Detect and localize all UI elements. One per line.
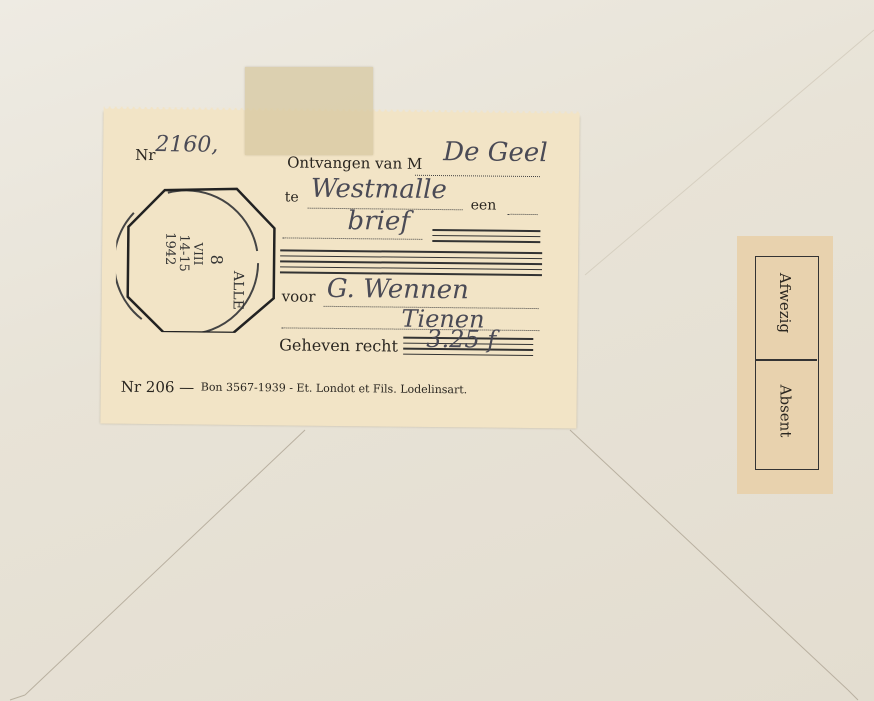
adhesive-tape [245,67,373,155]
postmark-stamp: 8 VIII 14-15 1942 ALLE [115,182,287,334]
place-value: Westmalle [311,174,447,205]
absent-label-dutch: Afwezig [776,273,794,333]
fee-value: 3.25 f [426,325,496,354]
recipient-value: G. Wennen [327,274,469,305]
received-from-value: De Geel [443,137,548,168]
number-value: 2160, [155,132,218,158]
svg-text:ALLE: ALLE [230,270,246,310]
svg-text:VIII: VIII [191,241,205,265]
for-label: voor [282,287,316,305]
envelope-back: Nr 2160, Ontvangen van M De Geel te West… [0,0,874,701]
fee-label: Geheven recht [279,335,398,355]
registration-receipt: Nr 2160, Ontvangen van M De Geel te West… [100,112,579,429]
svg-text:1942: 1942 [162,232,177,265]
number-label: Nr [135,146,155,164]
absent-label-french: Absent [776,385,794,438]
svg-text:8: 8 [207,255,226,265]
footer-printer: Bon 3567-1939 - Et. Londot et Fils. Lode… [201,381,468,397]
een-label: een [471,197,497,213]
footer-number: Nr 206 — [121,378,195,397]
received-from-label: Ontvangen van M [287,153,422,172]
item-value: brief [347,206,410,237]
struck-lines [432,229,540,247]
absent-label: Afwezig Absent [737,236,833,494]
